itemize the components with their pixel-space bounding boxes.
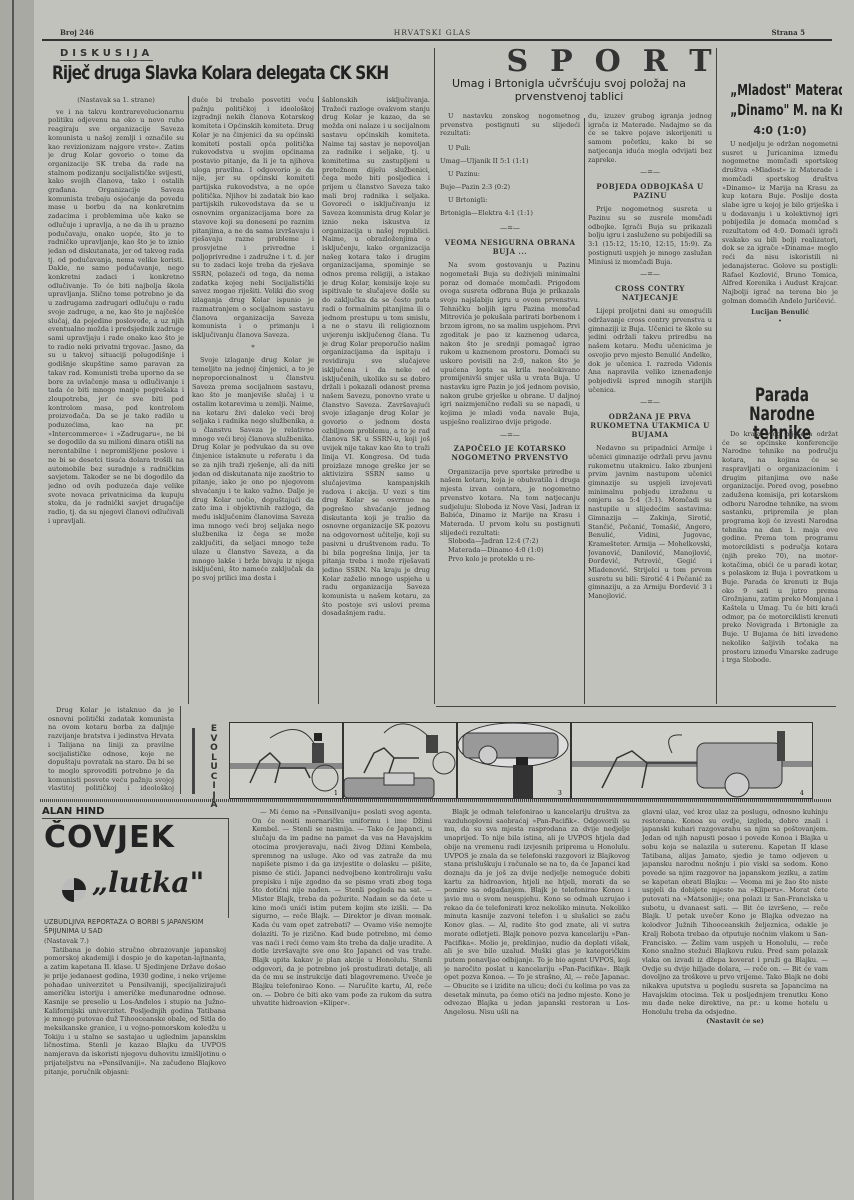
- to-be-continued: (Nastavit će se): [642, 1017, 828, 1026]
- result-place: U Brtonigli:: [440, 194, 580, 207]
- result-score: Umag—Uljanik II 5:1 (1:1): [440, 155, 580, 168]
- dream-car-illustration: 3: [458, 723, 570, 798]
- result-score: Materada—Dinamo 4:0 (1:0): [440, 546, 580, 555]
- serial-column-4: glavni ulaz, već kroz ulaz za poslugu, o…: [642, 808, 828, 1158]
- horse-carriage-illustration: 1: [230, 723, 342, 798]
- article-paragraph: Na svom gostovanju u Pazinu nogometaši B…: [440, 261, 580, 426]
- article-paragraph: Svoje izlaganje drug Kolar je temeljito …: [192, 356, 314, 582]
- title-box-rule: [42, 818, 228, 819]
- article-paragraph: Lijepi proljetni dani su omogućili održa…: [588, 307, 712, 394]
- bullet-separator: •: [722, 317, 838, 326]
- results-list: U Puli: Umag—Uljanik II 5:1 (1:1) U Pazi…: [440, 142, 580, 220]
- result-score: Buje—Pazin 2:3 (0:2): [440, 181, 580, 194]
- newspaper-name: HRVATSKI GLAS: [60, 28, 805, 37]
- parade-article: Do kraja ovog mjeseca održat će se općin…: [722, 430, 838, 704]
- article-paragraph: ve i na takvu kontrarevolucionarnu polit…: [48, 108, 184, 526]
- circle-ornament-icon: [62, 878, 86, 902]
- column-rule: [716, 48, 717, 704]
- section-divider: —=—: [588, 270, 712, 279]
- subhead: ZAPOČELO JE KOTARSKO NOGOMETNO PRVENSTVO: [440, 445, 580, 462]
- discussion-column-1-end: Drug Kolar je istaknuo da je osnovni pol…: [48, 706, 174, 794]
- sport-intro: U nastavku zonskog nogometnog prvenstva …: [440, 112, 580, 138]
- subhead: CROSS CONTRY NATJECANJE: [588, 285, 712, 302]
- svg-text:1: 1: [334, 790, 338, 797]
- article-paragraph: Organizacija prve sportske priredbe u na…: [440, 468, 580, 538]
- binding-line: [12, 0, 14, 1200]
- section-separator: [40, 799, 832, 802]
- sport-column-2: du, izuzev grubog igranja jednog igrača …: [588, 112, 712, 704]
- svg-text:3: 3: [558, 790, 562, 797]
- section-divider: *: [192, 344, 314, 353]
- article-title: Riječ druga Slavka Kolara delegata CK SK…: [52, 62, 340, 84]
- result-place: U Puli:: [440, 142, 580, 155]
- serial-column-1: (Nastavak 7.) Tatibana je dobio stručno …: [44, 937, 226, 1117]
- article-paragraph: U nedjelju je održan nogometni susret u …: [722, 140, 838, 305]
- byline: Lucijan Benulić: [722, 308, 838, 317]
- sport-headline: Umag i Brtonigla učvršćuju svoj položaj …: [438, 77, 700, 103]
- article-paragraph: duće bi trebalo posvetiti veću pažnju po…: [192, 96, 314, 340]
- result-place: U Pazinu:: [440, 168, 580, 181]
- article-paragraph: Drug Kolar je istaknuo da je osnovni pol…: [48, 706, 174, 794]
- subhead: ODRŽANA JE PRVA RUKOMETNA UTAKMICA U BUJ…: [588, 413, 712, 439]
- section-divider: —=—: [440, 224, 580, 233]
- horse-carriage-car-illustration: [344, 723, 456, 798]
- sport-banner: SPORT: [470, 44, 770, 79]
- column-rule: [584, 118, 585, 704]
- serial-column-2: — Mi ćemo na »Pensilvaniju« poslati svog…: [252, 808, 432, 1158]
- article-paragraph: Tatibana je dobio stručno obrazovanje ja…: [44, 946, 226, 1077]
- article-paragraph: Nedavno su pripadnici Armije i učenici g…: [588, 444, 712, 601]
- continued-note: (Nastavak sa 1. strane): [48, 96, 184, 105]
- horse-pulling-car-illustration: 4: [572, 723, 812, 798]
- article-paragraph: glavni ulaz, već kroz ulaz za poslugu, o…: [642, 808, 828, 1017]
- article-paragraph: šablonskih isključivanja. Tražeći razlog…: [322, 96, 430, 618]
- page-left-margin: [0, 0, 34, 1200]
- serial-author: ALAN HIND: [42, 806, 104, 817]
- subhead: POBJEDA ODBOJKAŠA U PAZINU: [588, 183, 712, 200]
- title-letter: A: [208, 801, 220, 811]
- column-rule: [318, 96, 319, 704]
- headline-line: „Mladost" Materada: [730, 80, 824, 100]
- result-score: Brtonigla—Elektra 4:1 (1:1): [440, 207, 580, 220]
- serial-title-line1: ČOVJEK: [44, 820, 224, 855]
- sport-column-1: U nastavku zonskog nogometnog prvenstva …: [440, 112, 580, 704]
- result-score: Sloboda—Jadran 12:4 (7:2): [440, 537, 580, 546]
- mladost-article: U nedjelju je održan nogometni susret u …: [722, 140, 838, 360]
- article-paragraph: Prije nogometnog susreta u Pazinu su se …: [588, 205, 712, 266]
- discussion-column-3: šablonskih isključivanja. Tražeći razlog…: [322, 96, 430, 704]
- section-kicker: DISKUSIJA: [60, 48, 153, 61]
- continued-note: (Nastavak 7.): [44, 937, 226, 946]
- match-headline: „Mladost" Materada „Dinamo" M. na Krasu: [712, 80, 842, 124]
- header-rule: [42, 39, 832, 41]
- comic-panel-1: 1: [229, 722, 343, 799]
- section-divider: —=—: [588, 168, 712, 177]
- svg-text:4: 4: [800, 790, 804, 797]
- column-rule: [180, 706, 181, 794]
- page-header: Broj 246 HRVATSKI GLAS Strana 5: [60, 28, 805, 44]
- discussion-column-2: duće bi trebalo posvetiti veću pažnju po…: [192, 96, 314, 704]
- comic-panel-3: 3: [457, 722, 571, 799]
- serial-subtitle: UZBUDLJIVA REPORTAŽA O BORBI S JAPANSKIM…: [44, 918, 224, 936]
- article-paragraph: du, izuzev grubog igranja jednog igrača …: [588, 112, 712, 164]
- match-score: 4:0 (1:0): [722, 124, 838, 137]
- section-divider: —=—: [588, 398, 712, 407]
- comic-side-bar: [192, 728, 195, 794]
- headline-line: „Dinamo" M. na Krasu: [730, 100, 824, 120]
- sport-bottom-rule: [436, 706, 836, 707]
- column-rule: [188, 96, 189, 704]
- comic-panel-2: [343, 722, 457, 799]
- subhead: VEOMA NESIGURNA OBRANA BUJA ...: [440, 239, 580, 256]
- section-rule: [434, 48, 435, 704]
- serial-column-3: Blajk je odmah telefonirao u kancelariju…: [444, 808, 630, 1158]
- comic-strip: 1 3 4: [210, 722, 832, 797]
- page-number: Strana 5: [772, 28, 805, 37]
- discussion-column-1: (Nastavak sa 1. strane) ve i na takvu ko…: [48, 96, 184, 704]
- serial-title-line2: „lutka": [92, 866, 232, 899]
- article-paragraph: Do kraja ovog mjeseca održat će se općin…: [722, 430, 838, 665]
- article-paragraph: Prvo kolo je proteklo u re-: [440, 555, 580, 564]
- article-paragraph: Blajk je odmah telefonirao u kancelariju…: [444, 808, 630, 1017]
- section-divider: —=—: [440, 431, 580, 440]
- comic-panel-4: 4: [571, 722, 813, 799]
- article-paragraph: — Mi ćemo na »Pensilvaniju« poslati svog…: [252, 808, 432, 1008]
